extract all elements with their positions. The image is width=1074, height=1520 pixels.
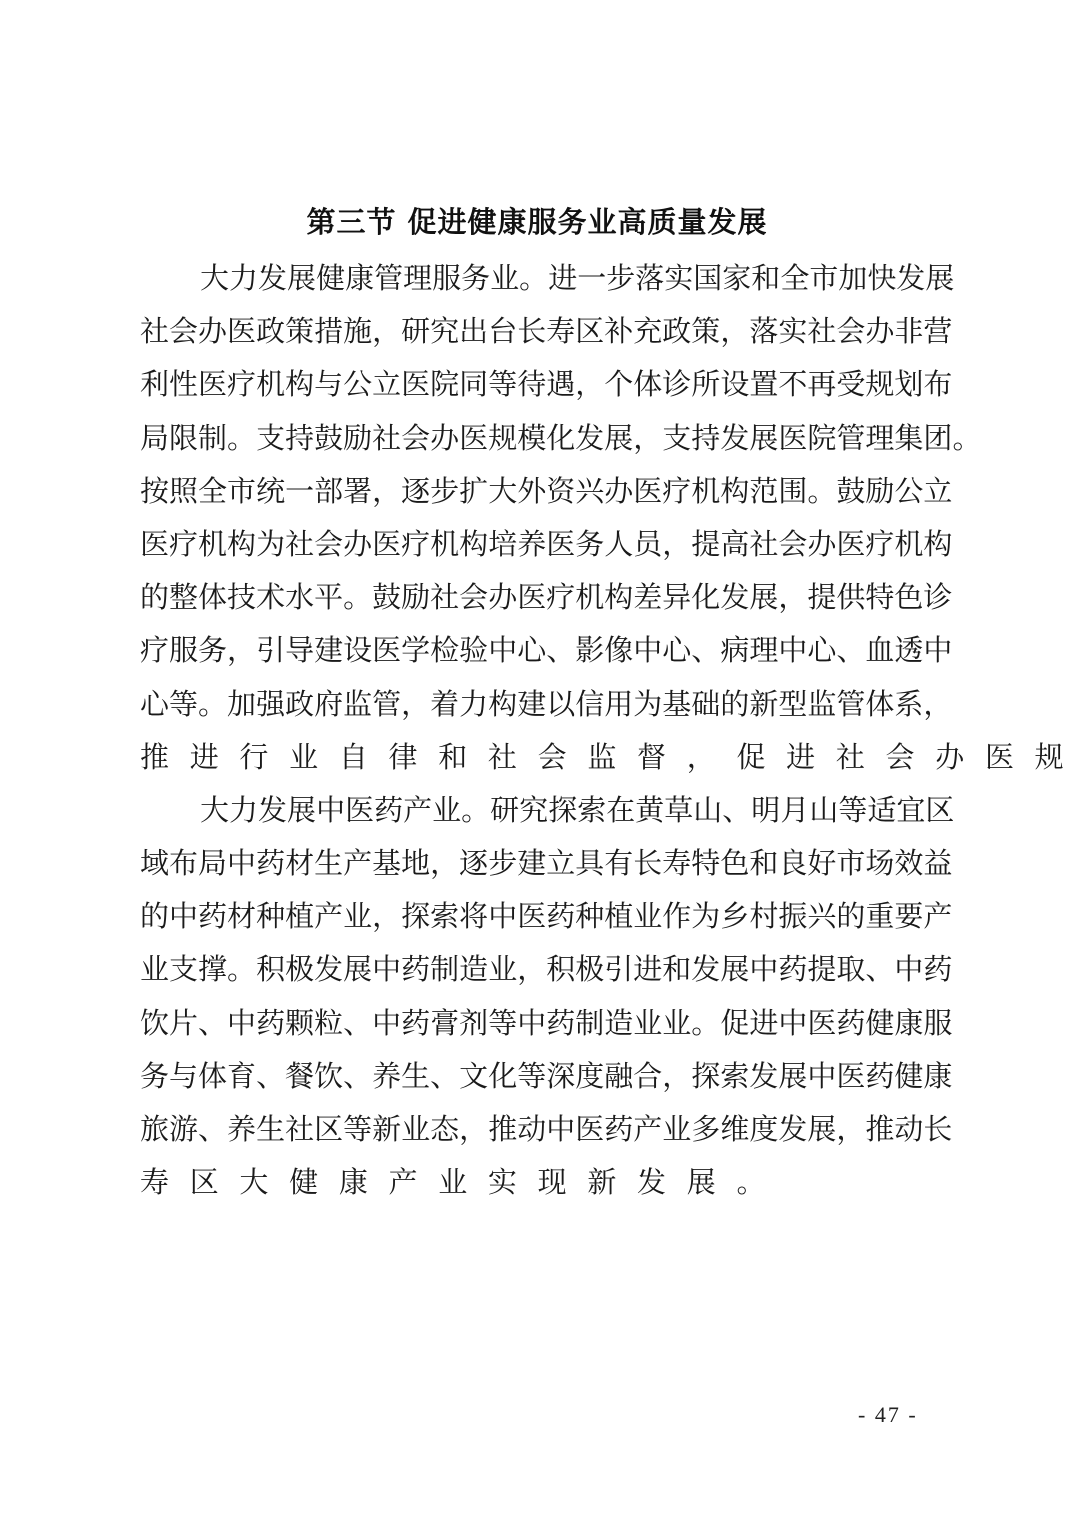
glyph: 为 (691, 890, 720, 943)
glyph: 。 (198, 678, 227, 731)
glyph: 药 (546, 997, 575, 1050)
glyph: 集 (894, 412, 923, 465)
glyph: 极 (575, 943, 604, 996)
glyph: ， (687, 731, 716, 784)
glyph: 持 (691, 412, 720, 465)
glyph: 特 (865, 571, 894, 624)
glyph: 办 (343, 518, 372, 571)
glyph: 维 (720, 1103, 749, 1156)
glyph: 展 (343, 943, 372, 996)
glyph: 大 (488, 465, 517, 518)
glyph: ， (430, 837, 459, 890)
glyph: 将 (459, 890, 488, 943)
glyph: 在 (606, 784, 635, 837)
glyph: 步 (606, 252, 635, 305)
glyph: 立 (923, 465, 952, 518)
glyph: 、 (836, 624, 865, 677)
glyph: 监 (587, 731, 616, 784)
glyph: 医 (836, 1050, 865, 1103)
glyph: 等 (488, 358, 517, 411)
glyph: 康 (345, 252, 374, 305)
glyph: 兴 (575, 465, 604, 518)
glyph: 展 (925, 252, 954, 305)
glyph: 深 (546, 1050, 575, 1103)
glyph: ， (401, 678, 430, 731)
glyph: 技 (227, 571, 256, 624)
glyph: 办 (198, 305, 227, 358)
glyph: 进 (749, 997, 778, 1050)
glyph: 进 (786, 731, 815, 784)
glyph: 术 (256, 571, 285, 624)
glyph: 养 (517, 518, 546, 571)
glyph: 营 (923, 305, 952, 358)
glyph: 部 (314, 465, 343, 518)
glyph: 新 (587, 1156, 616, 1209)
glyph: 构 (604, 571, 633, 624)
glyph: 管 (374, 252, 403, 305)
glyph: 体 (865, 678, 894, 731)
glyph: 展 (749, 412, 778, 465)
glyph: 社 (749, 518, 778, 571)
glyph: 机 (430, 518, 459, 571)
glyph: 照 (169, 465, 198, 518)
glyph: 产 (403, 784, 432, 837)
glyph: 造 (459, 943, 488, 996)
glyph: 、 (343, 997, 372, 1050)
glyph: 健 (316, 252, 345, 305)
glyph: 出 (459, 305, 488, 358)
glyph: 引 (604, 943, 633, 996)
glyph: 片 (169, 997, 198, 1050)
glyph: 动 (894, 1103, 923, 1156)
glyph: 药 (923, 943, 952, 996)
text-line: 旅游、养生社区等新业态，推动中医药产业多维度发展，推动长 (140, 1103, 940, 1156)
glyph: 疗 (227, 358, 256, 411)
glyph: 中 (488, 624, 517, 677)
glyph: 中 (316, 784, 345, 837)
glyph: 中 (169, 890, 198, 943)
glyph: 种 (575, 890, 604, 943)
glyph: 管 (372, 678, 401, 731)
paragraph-tcm-industry: 大力发展中医药产业。研究探索在黄草山、明月山等适宜区 域布局中药材生产基地，逐步… (140, 784, 940, 1210)
glyph: 服 (923, 997, 952, 1050)
glyph: 中 (633, 624, 662, 677)
glyph: 药 (546, 890, 575, 943)
glyph: 实 (778, 305, 807, 358)
glyph: 系 (894, 678, 923, 731)
glyph: 场 (865, 837, 894, 890)
glyph: 心 (517, 624, 546, 677)
glyph: 。 (807, 465, 836, 518)
glyph: 、 (691, 624, 720, 677)
glyph: 行 (239, 731, 268, 784)
glyph: 明 (751, 784, 780, 837)
glyph: 药 (778, 943, 807, 996)
glyph: 业 (140, 943, 169, 996)
glyph: 健 (894, 1050, 923, 1103)
glyph: 医 (575, 1103, 604, 1156)
glyph: 月 (780, 784, 809, 837)
glyph: 提 (807, 571, 836, 624)
glyph: 建 (517, 678, 546, 731)
glyph: 医 (459, 412, 488, 465)
glyph: 医 (401, 358, 430, 411)
glyph: 服 (432, 252, 461, 305)
glyph: 药 (836, 997, 865, 1050)
glyph: 模 (517, 412, 546, 465)
glyph: 和 (438, 731, 467, 784)
glyph: 构 (227, 518, 256, 571)
text-line: 心等。加强政府监管，着力构建以信用为基础的新型监管体系， (140, 678, 940, 731)
glyph: 信 (575, 678, 604, 731)
glyph: 。 (736, 1156, 765, 1209)
glyph: 进 (548, 252, 577, 305)
glyph: 好 (807, 837, 836, 890)
glyph: 颗 (285, 997, 314, 1050)
glyph: 制 (198, 412, 227, 465)
glyph: 体 (633, 358, 662, 411)
glyph: 医 (345, 784, 374, 837)
glyph: 提 (807, 943, 836, 996)
glyph: 极 (285, 943, 314, 996)
glyph: 市 (836, 837, 865, 890)
glyph: 医 (836, 518, 865, 571)
glyph: 展 (778, 1050, 807, 1103)
glyph: 展 (604, 412, 633, 465)
glyph: 旅 (140, 1103, 169, 1156)
glyph: 医 (985, 731, 1014, 784)
glyph: 养 (372, 1050, 401, 1103)
glyph: 产 (343, 837, 372, 890)
text-line: 业支撑。积极发展中药制造业，积极引进和发展中药提取、中药 (140, 943, 940, 996)
glyph: 育 (227, 1050, 256, 1103)
glyph: 以 (546, 678, 575, 731)
glyph: 推 (140, 731, 169, 784)
glyph: 平 (314, 571, 343, 624)
glyph: 透 (894, 624, 923, 677)
glyph: 医 (778, 412, 807, 465)
glyph: 署 (343, 465, 372, 518)
glyph: 策 (691, 305, 720, 358)
glyph: 励 (401, 571, 430, 624)
glyph: 色 (894, 571, 923, 624)
glyph: 促 (720, 997, 749, 1050)
glyph: 体 (198, 1050, 227, 1103)
glyph: 长 (517, 305, 546, 358)
glyph: 康 (894, 997, 923, 1050)
glyph: 异 (662, 571, 691, 624)
glyph: 进 (190, 731, 219, 784)
glyph: 索 (720, 1050, 749, 1103)
glyph: 提 (691, 518, 720, 571)
glyph: 发 (575, 412, 604, 465)
glyph: 社 (285, 518, 314, 571)
glyph: 药 (865, 1050, 894, 1103)
glyph: 遇 (546, 358, 575, 411)
body-text: 大力发展健康管理服务业。进一步落实国家和全市加快发展 社会办医政策措施，研究出台… (140, 252, 940, 1209)
glyph: 再 (807, 358, 836, 411)
glyph: 院 (430, 358, 459, 411)
glyph: 励 (865, 465, 894, 518)
glyph: 中 (227, 837, 256, 890)
glyph: 业 (343, 890, 372, 943)
glyph: 社 (372, 412, 401, 465)
glyph: 监 (343, 678, 372, 731)
glyph: 办 (865, 305, 894, 358)
glyph: 学 (401, 624, 430, 677)
glyph: 研 (490, 784, 519, 837)
glyph: 办 (488, 571, 517, 624)
glyph: 机 (894, 518, 923, 571)
glyph: 检 (430, 624, 459, 677)
glyph: 展 (749, 571, 778, 624)
glyph: 规 (865, 358, 894, 411)
glyph: 疗 (401, 518, 430, 571)
glyph: 融 (604, 1050, 633, 1103)
glyph: 引 (256, 624, 285, 677)
text-line: 局限制。支持鼓励社会办医规模化发展，支持发展医院管理集团。 (140, 412, 940, 465)
glyph: ， (923, 678, 952, 731)
glyph: 实 (488, 1156, 517, 1209)
glyph: 同 (459, 358, 488, 411)
glyph: 业 (633, 997, 662, 1050)
glyph: 等 (343, 1103, 372, 1156)
glyph: 台 (488, 305, 517, 358)
glyph: 整 (169, 571, 198, 624)
glyph: 膏 (430, 997, 459, 1050)
glyph: 有 (604, 837, 633, 890)
glyph: 特 (691, 837, 720, 890)
glyph: 鼓 (836, 465, 865, 518)
glyph: 宜 (896, 784, 925, 837)
glyph: 构 (285, 358, 314, 411)
glyph: 鼓 (372, 571, 401, 624)
glyph: 究 (430, 305, 459, 358)
glyph: 建 (314, 624, 343, 677)
glyph: 具 (575, 837, 604, 890)
glyph: 益 (923, 837, 952, 890)
glyph: 自 (339, 731, 368, 784)
glyph: 中 (227, 997, 256, 1050)
text-line: 利性医疗机构与公立医院同等待遇，个体诊所设置不再受规划布 (140, 358, 940, 411)
glyph: 饮 (314, 1050, 343, 1103)
glyph: 药 (256, 997, 285, 1050)
glyph: 。 (227, 412, 256, 465)
glyph: 、 (865, 943, 894, 996)
glyph: 管 (836, 678, 865, 731)
glyph: 新 (749, 678, 778, 731)
glyph: 利 (140, 358, 169, 411)
glyph: 政 (662, 305, 691, 358)
glyph: 态 (430, 1103, 459, 1156)
glyph: 地 (401, 837, 430, 890)
text-line: 大力发展中医药产业。研究探索在黄草山、明月山等适宜区 (140, 784, 940, 837)
glyph: 一 (577, 252, 606, 305)
glyph: 现 (538, 1156, 567, 1209)
glyph: 、 (343, 1050, 372, 1103)
glyph: 研 (401, 305, 430, 358)
glyph: 剂 (459, 997, 488, 1050)
glyph: 生 (314, 837, 343, 890)
glyph: 社 (285, 1103, 314, 1156)
glyph: ， (372, 890, 401, 943)
glyph: 药 (401, 943, 430, 996)
glyph: 办 (807, 518, 836, 571)
glyph: 性 (169, 358, 198, 411)
glyph: 理 (403, 252, 432, 305)
glyph: 医 (807, 997, 836, 1050)
glyph: 化 (546, 412, 575, 465)
glyph: 市 (227, 465, 256, 518)
glyph: 实 (664, 252, 693, 305)
glyph: 围 (778, 465, 807, 518)
glyph: 快 (867, 252, 896, 305)
glyph: 办 (604, 465, 633, 518)
glyph: 药 (401, 997, 430, 1050)
glyph: 养 (227, 1103, 256, 1156)
glyph: 构 (488, 678, 517, 731)
glyph: 型 (778, 678, 807, 731)
glyph: 支 (169, 943, 198, 996)
glyph: 全 (198, 465, 227, 518)
glyph: 药 (198, 890, 227, 943)
glyph: 鼓 (314, 412, 343, 465)
glyph: 监 (807, 678, 836, 731)
glyph: 供 (836, 571, 865, 624)
glyph: 中 (372, 943, 401, 996)
glyph: 寿 (546, 305, 575, 358)
glyph: 中 (488, 890, 517, 943)
glyph: 施 (343, 305, 372, 358)
glyph: 医 (372, 518, 401, 571)
glyph: 会 (886, 731, 915, 784)
glyph: 大 (239, 1156, 268, 1209)
glyph: 医 (227, 305, 256, 358)
glyph: 区 (314, 1103, 343, 1156)
glyph: ， (459, 1103, 488, 1156)
text-line: 务与体育、餐饮、养生、文化等深度融合，探索发展中医药健康 (140, 1050, 940, 1103)
glyph: 化 (691, 571, 720, 624)
glyph: 、 (198, 1103, 227, 1156)
glyph: 水 (285, 571, 314, 624)
glyph: 会 (401, 412, 430, 465)
glyph: 中 (517, 997, 546, 1050)
glyph: 建 (517, 837, 546, 890)
glyph: ， (517, 943, 546, 996)
glyph: 、 (722, 784, 751, 837)
glyph: 发 (720, 571, 749, 624)
glyph: 步 (430, 465, 459, 518)
glyph: 新 (372, 1103, 401, 1156)
text-line: 按照全市统一部署，逐步扩大外资兴办医疗机构范围。鼓励公立 (140, 465, 940, 518)
glyph: 力 (459, 678, 488, 731)
glyph: 长 (633, 837, 662, 890)
glyph: 与 (314, 358, 343, 411)
glyph: 合 (633, 1050, 662, 1103)
glyph: 探 (401, 890, 430, 943)
glyph: 加 (227, 678, 256, 731)
glyph: 、 (198, 997, 227, 1050)
glyph: 血 (865, 624, 894, 677)
glyph: 为 (633, 678, 662, 731)
glyph: 国 (693, 252, 722, 305)
glyph: 康 (339, 1156, 368, 1209)
glyph: 索 (430, 890, 459, 943)
glyph: 。 (519, 252, 548, 305)
glyph: 心 (807, 624, 836, 677)
glyph: 区 (925, 784, 954, 837)
glyph: 的 (140, 890, 169, 943)
glyph: 撑 (198, 943, 227, 996)
glyph: 落 (635, 252, 664, 305)
glyph: 业 (662, 997, 691, 1050)
glyph: 发 (258, 784, 287, 837)
glyph: 律 (389, 731, 418, 784)
glyph: 会 (538, 731, 567, 784)
glyph: 设 (720, 358, 749, 411)
glyph: 院 (807, 412, 836, 465)
glyph: 病 (720, 624, 749, 677)
glyph: 推 (865, 1103, 894, 1156)
glyph: 中 (894, 943, 923, 996)
glyph: 一 (285, 465, 314, 518)
glyph: 逐 (401, 465, 430, 518)
glyph: 督 (637, 731, 666, 784)
glyph: 设 (343, 624, 372, 677)
glyph: 会 (459, 571, 488, 624)
glyph: 业 (662, 1103, 691, 1156)
glyph: 和 (662, 943, 691, 996)
glyph: 与 (169, 1050, 198, 1103)
glyph: 务 (461, 252, 490, 305)
glyph: 理 (749, 624, 778, 677)
glyph: ， (662, 1050, 691, 1103)
glyph: 政 (285, 678, 314, 731)
glyph: 医 (372, 624, 401, 677)
glyph: 社 (140, 305, 169, 358)
glyph: 游 (169, 1103, 198, 1156)
glyph: 黄 (635, 784, 664, 837)
glyph: 高 (720, 518, 749, 571)
glyph: 立 (372, 358, 401, 411)
glyph: ， (372, 465, 401, 518)
glyph: 域 (140, 837, 169, 890)
glyph: 发 (314, 943, 343, 996)
glyph: 着 (430, 678, 459, 731)
glyph: 持 (285, 412, 314, 465)
glyph: 中 (778, 624, 807, 677)
glyph: 植 (604, 890, 633, 943)
glyph: 差 (633, 571, 662, 624)
glyph: 振 (778, 890, 807, 943)
text-line: 大力发展健康管理服务业。进一步落实国家和全市加快发展 (140, 252, 940, 305)
glyph: 制 (575, 997, 604, 1050)
glyph: 励 (343, 412, 372, 465)
glyph: 像 (604, 624, 633, 677)
glyph: 医 (140, 518, 169, 571)
glyph: 用 (604, 678, 633, 731)
glyph: 展 (687, 1156, 716, 1209)
glyph: 业 (438, 1156, 467, 1209)
glyph: 要 (894, 890, 923, 943)
glyph: 公 (894, 465, 923, 518)
glyph: 材 (227, 890, 256, 943)
glyph: ， (836, 1103, 865, 1156)
glyph: 政 (256, 305, 285, 358)
glyph: ， (575, 358, 604, 411)
glyph: 等 (517, 1050, 546, 1103)
glyph: 理 (865, 412, 894, 465)
